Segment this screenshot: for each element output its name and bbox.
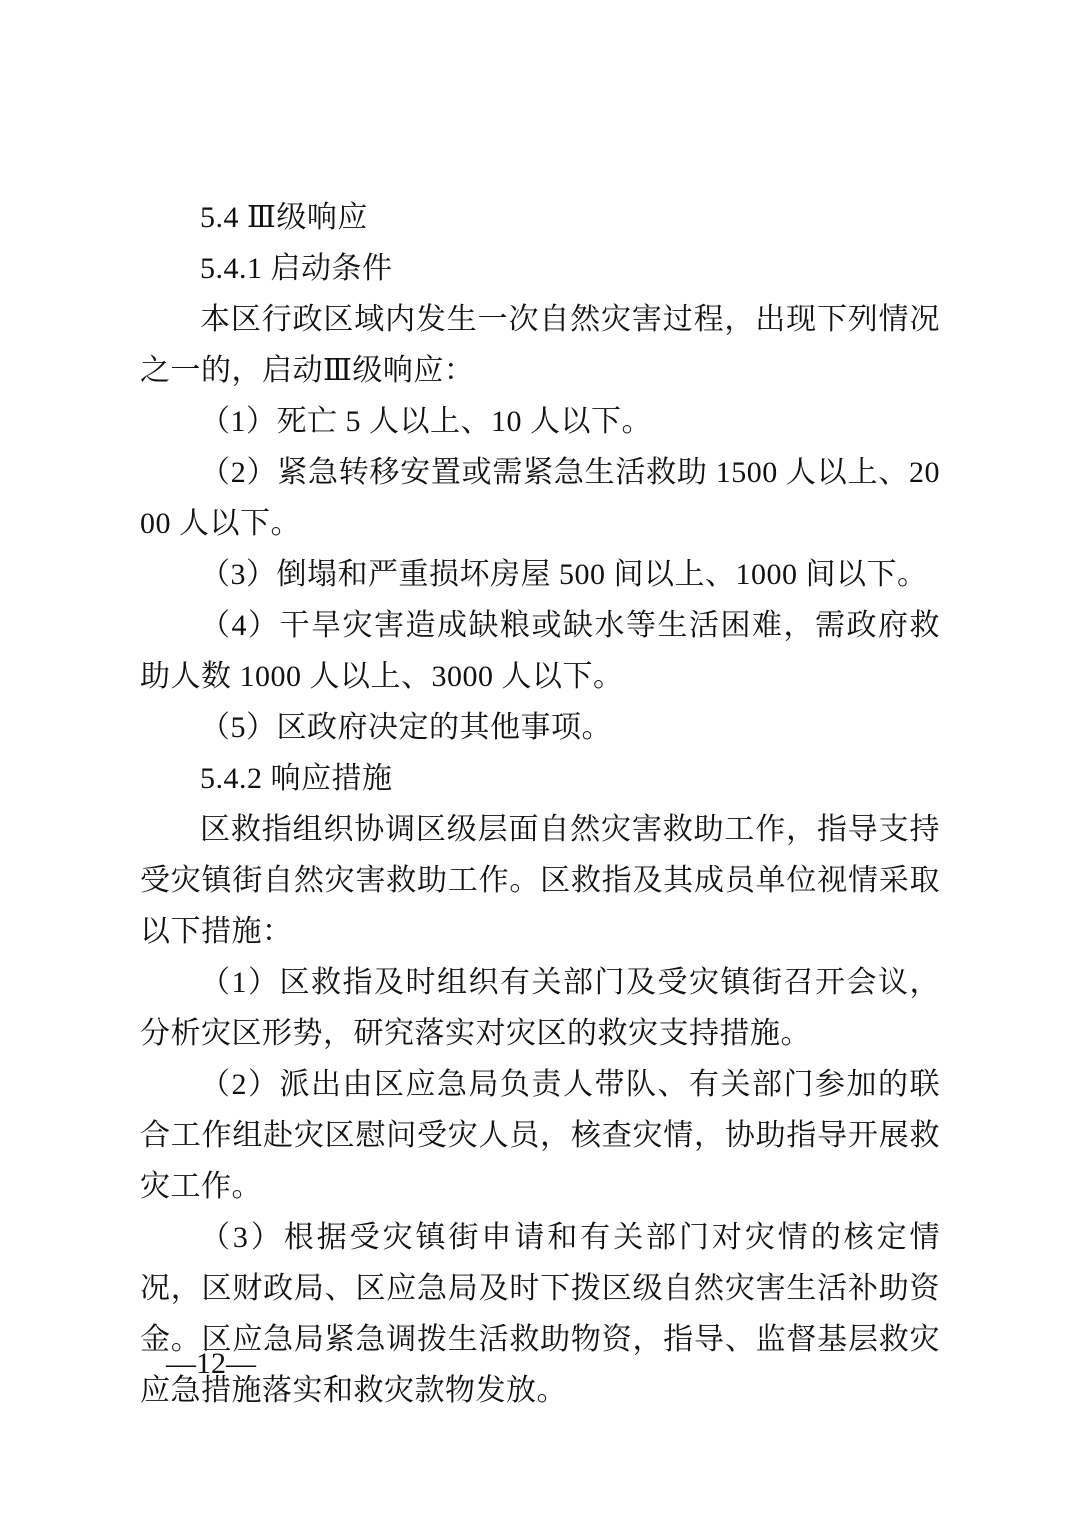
section-heading-5-4-1: 5.4.1 启动条件 (140, 243, 940, 294)
paragraph-trigger-intro: 本区行政区域内发生一次自然灾害过程，出现下列情况之一的，启动Ⅲ级响应： (140, 294, 940, 396)
paragraph-measure-1: （1）区救指及时组织有关部门及受灾镇街召开会议，分析灾区形势，研究落实对灾区的救… (140, 957, 940, 1059)
section-heading-5-4-2: 5.4.2 响应措施 (140, 753, 940, 804)
document-body: 5.4 Ⅲ级响应 5.4.1 启动条件 本区行政区域内发生一次自然灾害过程，出现… (140, 192, 940, 1416)
document-page: 5.4 Ⅲ级响应 5.4.1 启动条件 本区行政区域内发生一次自然灾害过程，出现… (0, 0, 1074, 1520)
section-heading-5-4: 5.4 Ⅲ级响应 (140, 192, 940, 243)
paragraph-condition-3: （3）倒塌和严重损坏房屋 500 间以上、1000 间以下。 (140, 549, 940, 600)
paragraph-measure-3: （3）根据受灾镇街申请和有关部门对灾情的核定情况，区财政局、区应急局及时下拨区级… (140, 1212, 940, 1416)
paragraph-condition-4: （4）干旱灾害造成缺粮或缺水等生活困难，需政府救助人数 1000 人以上、300… (140, 600, 940, 702)
paragraph-condition-2: （2）紧急转移安置或需紧急生活救助 1500 人以上、2000 人以下。 (140, 447, 940, 549)
paragraph-condition-5: （5）区政府决定的其他事项。 (140, 702, 940, 753)
paragraph-measures-intro: 区救指组织协调区级层面自然灾害救助工作，指导支持受灾镇街自然灾害救助工作。区救指… (140, 804, 940, 957)
paragraph-measure-2: （2）派出由区应急局负责人带队、有关部门参加的联合工作组赴灾区慰问受灾人员，核查… (140, 1059, 940, 1212)
paragraph-condition-1: （1）死亡 5 人以上、10 人以下。 (140, 396, 940, 447)
page-number: —12— (166, 1340, 256, 1388)
